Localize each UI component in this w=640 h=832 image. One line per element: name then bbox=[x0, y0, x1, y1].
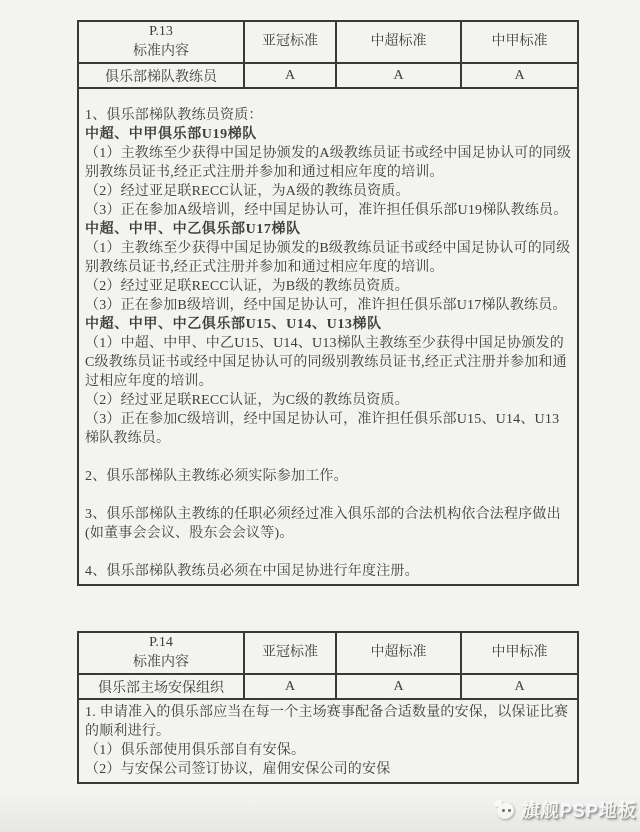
table-row: 俱乐部主场安保组织 A A A bbox=[78, 674, 578, 699]
paragraph: （3）正在参加A级培训，经中国足协认可，准许担任俱乐部U19梯队教练员。 bbox=[85, 201, 572, 220]
standards-table-p14: P.14 标准内容 亚冠标准 中超标准 中甲标准 俱乐部主场安保组织 A A A… bbox=[77, 631, 579, 784]
watermark: 旗舰PSP地板 bbox=[493, 797, 638, 823]
item-label: 俱乐部梯队教练员 bbox=[78, 63, 244, 88]
grade-cell-csl: A bbox=[336, 63, 461, 88]
standard-content-label: 标准内容 bbox=[79, 653, 243, 673]
paragraph: （1）中超、中甲、中乙U15、U14、U13梯队主教练至少获得中国足协颁发的C级… bbox=[85, 334, 572, 391]
paragraph: （2）经过亚足联RECC认证，为B级的教练员资质。 bbox=[85, 277, 572, 296]
watermark-text: 旗舰PSP地板 bbox=[521, 797, 638, 823]
standard-content-label: 标准内容 bbox=[79, 42, 243, 62]
paragraph: 1、俱乐部梯队教练员资质： bbox=[85, 106, 572, 125]
column-header-csl: 中超标准 bbox=[336, 21, 461, 63]
page-code: P.13 bbox=[79, 22, 243, 42]
table-header-row: P.13 标准内容 亚冠标准 中超标准 中甲标准 bbox=[78, 21, 578, 63]
requirements-cell: 1、俱乐部梯队教练员资质： 中超、中甲俱乐部U19梯队 （1）主教练至少获得中国… bbox=[78, 88, 578, 585]
paragraph: （3）正在参加C级培训，经中国足协认可，准许担任俱乐部U15、U14、U13梯队… bbox=[85, 410, 572, 448]
grade-cell-csl: A bbox=[336, 674, 461, 699]
grade-cell-acl: A bbox=[244, 674, 336, 699]
paragraph: 3、俱乐部梯队主教练的任职必须经过准入俱乐部的合法机构依合法程序做出(如董事会会… bbox=[85, 505, 572, 543]
watermark-logo-icon bbox=[493, 800, 516, 820]
paragraph: 4、俱乐部梯队教练员必须在中国足协进行年度注册。 bbox=[85, 562, 572, 581]
column-header-acl: 亚冠标准 bbox=[244, 21, 336, 63]
paragraph: 2、俱乐部梯队主教练必须实际参加工作。 bbox=[85, 467, 572, 486]
paragraph: （2）经过亚足联RECC认证，为C级的教练员资质。 bbox=[85, 391, 572, 410]
standards-table-p13: P.13 标准内容 亚冠标准 中超标准 中甲标准 俱乐部梯队教练员 A A A … bbox=[77, 20, 579, 586]
header-cell-standard-content: P.14 标准内容 bbox=[78, 632, 244, 674]
item-label: 俱乐部主场安保组织 bbox=[78, 674, 244, 699]
paragraph: （1）主教练至少获得中国足协颁发的A级教练员证书或经中国足协认可的同级别教练员证… bbox=[85, 144, 572, 182]
grade-cell-acl: A bbox=[244, 63, 336, 88]
document-page: P.13 标准内容 亚冠标准 中超标准 中甲标准 俱乐部梯队教练员 A A A … bbox=[0, 0, 640, 832]
grade-cell-league-one: A bbox=[461, 63, 578, 88]
section-heading: 中超、中甲、中乙俱乐部U15、U14、U13梯队 bbox=[85, 315, 572, 334]
paragraph: （2）与安保公司签订协议，雇佣安保公司的安保 bbox=[85, 760, 572, 779]
column-header-league-one: 中甲标准 bbox=[461, 632, 578, 674]
requirements-row: 1、俱乐部梯队教练员资质： 中超、中甲俱乐部U19梯队 （1）主教练至少获得中国… bbox=[78, 88, 578, 585]
table-header-row: P.14 标准内容 亚冠标准 中超标准 中甲标准 bbox=[78, 632, 578, 674]
paragraph: （2）经过亚足联RECC认证，为A级的教练员资质。 bbox=[85, 182, 572, 201]
table-row: 俱乐部梯队教练员 A A A bbox=[78, 63, 578, 88]
column-header-league-one: 中甲标准 bbox=[461, 21, 578, 63]
section-heading: 中超、中甲俱乐部U19梯队 bbox=[85, 125, 572, 144]
header-cell-standard-content: P.13 标准内容 bbox=[78, 21, 244, 63]
paragraph: （1）俱乐部使用俱乐部自有安保。 bbox=[85, 741, 572, 760]
grade-cell-league-one: A bbox=[461, 674, 578, 699]
column-header-csl: 中超标准 bbox=[336, 632, 461, 674]
paragraph: 1. 申请准入的俱乐部应当在每一个主场赛事配备合适数量的安保，以保证比赛的顺利进… bbox=[85, 703, 572, 741]
paragraph: （1）主教练至少获得中国足协颁发的B级教练员证书或经中国足协认可的同级别教练员证… bbox=[85, 239, 572, 277]
page-code: P.14 bbox=[79, 633, 243, 653]
section-heading: 中超、中甲、中乙俱乐部U17梯队 bbox=[85, 220, 572, 239]
requirements-cell: 1. 申请准入的俱乐部应当在每一个主场赛事配备合适数量的安保，以保证比赛的顺利进… bbox=[78, 699, 578, 783]
requirements-row: 1. 申请准入的俱乐部应当在每一个主场赛事配备合适数量的安保，以保证比赛的顺利进… bbox=[78, 699, 578, 783]
paragraph: （3）正在参加B级培训，经中国足协认可，准许担任俱乐部U17梯队教练员。 bbox=[85, 296, 572, 315]
column-header-acl: 亚冠标准 bbox=[244, 632, 336, 674]
